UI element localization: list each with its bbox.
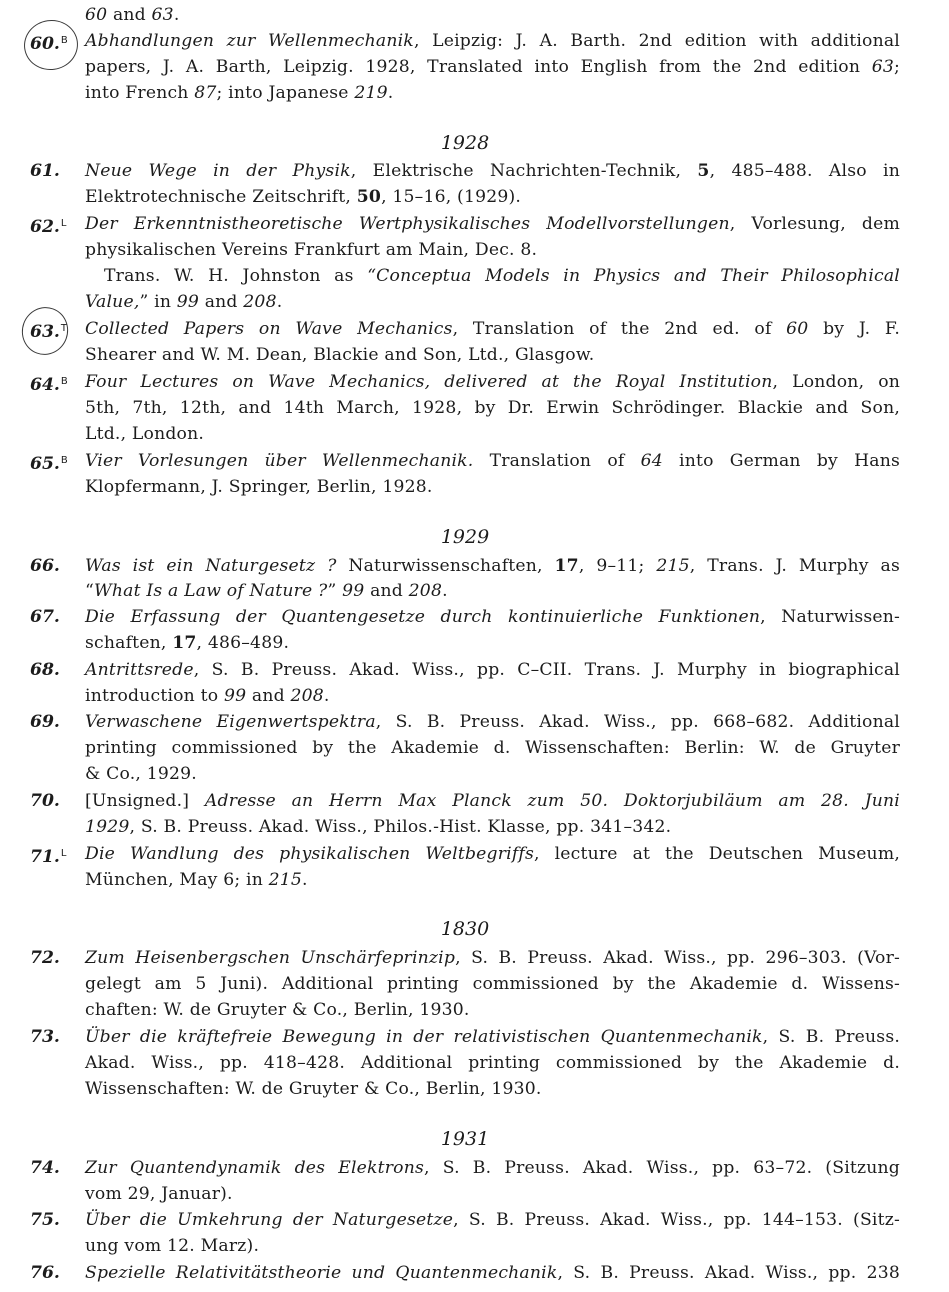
plain-text: .	[388, 83, 394, 103]
plain-text: .	[442, 581, 448, 601]
entry-number-label: 68.	[30, 660, 60, 680]
bold-volume: 17	[555, 556, 579, 576]
entry-text-line: physikalischen Vereins Frankfurt am Main…	[85, 237, 900, 263]
italic-text: 219	[354, 83, 387, 103]
year-heading: 1931	[0, 1126, 930, 1152]
entry-type-mark: L	[61, 218, 67, 229]
plain-text: , S. B. Preuss. Akad. Wiss., Philos.-His…	[130, 817, 672, 837]
entry-type-mark: T	[61, 323, 67, 334]
entry-text-line: introduction to 99 and 208.	[85, 683, 900, 709]
entry-text-line: Elektrotechnische Zeitschrift, 50, 15–16…	[85, 184, 900, 210]
plain-text: .	[174, 5, 180, 25]
italic-text: 208	[290, 686, 323, 706]
entry-text-line: into French 87; into Japanese 219.	[85, 80, 900, 106]
plain-text: , Elektrische Nachrichten-Technik,	[351, 161, 698, 181]
entry-text-line: & Co., 1929.	[85, 761, 900, 787]
plain-text: , S. B. Preuss.	[763, 1027, 900, 1047]
entry-number-label: 75.	[30, 1210, 60, 1230]
entry-text-line: chaften: W. de Gruyter & Co., Berlin, 19…	[85, 997, 900, 1023]
entry-number: 61.	[30, 158, 60, 184]
entry-text-line: Four Lectures on Wave Mechanics, deliver…	[85, 369, 900, 395]
italic-text: 99	[342, 581, 364, 601]
plain-text: chaften: W. de Gruyter & Co., Berlin, 19…	[85, 1000, 470, 1020]
year-heading: 1929	[0, 524, 930, 550]
plain-text: by J. F.	[808, 319, 900, 339]
plain-text: 5th, 7th, 12th, and 14th March, 1928, by…	[85, 398, 900, 418]
plain-text: München, May 6; in	[85, 870, 269, 890]
plain-text: [Unsigned.]	[85, 791, 205, 811]
plain-text: Shearer and W. M. Dean, Blackie and Son,…	[85, 345, 594, 365]
plain-text: , 15–16, (1929).	[381, 187, 521, 207]
entry-text-line: 60 and 63.	[85, 2, 900, 28]
plain-text: Klopfermann, J. Springer, Berlin, 1928.	[85, 477, 433, 497]
italic-text: 87	[194, 83, 216, 103]
plain-text: ”	[327, 581, 342, 601]
italic-text: Zur Quantendynamik des Elektrons	[85, 1158, 424, 1178]
entry-text-line: Zur Quantendynamik des Elektrons, S. B. …	[85, 1155, 900, 1181]
plain-text: into French	[85, 83, 194, 103]
entry-number: 74.	[30, 1155, 60, 1181]
plain-text: , Leipzig: J. A. Barth. 2nd edition with…	[414, 31, 900, 51]
plain-text: papers, J. A. Barth, Leipzig. 1928, Tran…	[85, 57, 872, 77]
entry-text-line: Was ist ein Naturgesetz ? Naturwissensch…	[85, 553, 900, 579]
plain-text: Trans. W. H. Johnston as	[104, 266, 367, 286]
entry-type-mark: L	[61, 848, 67, 859]
italic-text: Value,	[85, 292, 139, 312]
entry-text-line: papers, J. A. Barth, Leipzig. 1928, Tran…	[85, 54, 900, 80]
plain-text: Wissenschaften: W. de Gruyter & Co., Ber…	[85, 1079, 542, 1099]
entry-number: 73.	[30, 1024, 60, 1050]
plain-text: physikalischen Vereins Frankfurt am Main…	[85, 240, 537, 260]
plain-text: schaften,	[85, 633, 172, 653]
entry-number: 60.B	[30, 28, 68, 57]
entry-text-line: Über die kräftefreie Bewegung in der rel…	[85, 1024, 900, 1050]
entry-text-line: Akad. Wiss., pp. 418–428. Additional pri…	[85, 1050, 900, 1076]
entry-text-line: schaften, 17, 486–489.	[85, 630, 900, 656]
entry-number: 69.	[30, 709, 60, 735]
plain-text: , S. B. Preuss. Akad. Wiss., pp. 144–153…	[453, 1210, 900, 1230]
entry-number-label: 62.	[30, 217, 60, 237]
italic-text: Four Lectures on Wave Mechanics, deliver…	[85, 372, 773, 392]
entry-number: 65.B	[30, 448, 68, 477]
entry-number: 76.	[30, 1260, 60, 1286]
entry-text-line: Vier Vorlesungen über Wellenmechanik. Tr…	[85, 448, 900, 474]
entry-number-label: 64.	[30, 375, 60, 395]
italic-text: Der Erkenntnistheoretische Wertphysikali…	[85, 214, 730, 234]
plain-text: , lecture at the Deutschen Museum,	[534, 844, 900, 864]
entry-text-line: Ltd., London.	[85, 421, 900, 447]
italic-text: 215	[269, 870, 302, 890]
plain-text: Akad. Wiss., pp. 418–428. Additional pri…	[85, 1053, 900, 1073]
italic-text: Zum Heisenbergschen Unschärfeprinzip	[85, 948, 455, 968]
entry-number-label: 67.	[30, 607, 60, 627]
plain-text: , 485–488. Also in	[710, 161, 900, 181]
plain-text: Ltd., London.	[85, 424, 204, 444]
entry-text-line: Abhandlungen zur Wellenmechanik, Leipzig…	[85, 28, 900, 54]
italic-text: Die Wandlung des physikalischen Weltbegr…	[85, 844, 534, 864]
entry-number: 67.	[30, 604, 60, 630]
italic-text: Antrittsrede	[85, 660, 194, 680]
entry-number-label: 60.	[30, 34, 60, 54]
plain-text: , S. B. Preuss. Akad. Wiss., pp. 63–72. …	[424, 1158, 900, 1178]
bibliography-page: 1928192918301931 60.B61.62.L63.T64.B65.B…	[0, 0, 949, 1292]
entry-number-label: 69.	[30, 712, 60, 732]
italic-text: 1929	[85, 817, 130, 837]
italic-text: 99	[177, 292, 199, 312]
italic-text: Über die kräftefreie Bewegung in der rel…	[85, 1027, 763, 1047]
italic-text: 60	[786, 319, 808, 339]
entry-text-line: Trans. W. H. Johnston as “Conceptua Mode…	[104, 263, 900, 289]
plain-text: Elektrotechnische Zeitschrift,	[85, 187, 357, 207]
plain-text: , 9–11;	[579, 556, 657, 576]
italic-text: 64	[641, 451, 663, 471]
plain-text: ung vom 12. Marz).	[85, 1236, 259, 1256]
entry-text-line: gelegt am 5 Juni). Additional printing c…	[85, 971, 900, 997]
entry-text-line: Klopfermann, J. Springer, Berlin, 1928.	[85, 474, 900, 500]
entry-number-label: 74.	[30, 1158, 60, 1178]
bold-volume: 50	[357, 187, 381, 207]
italic-text: “Conceptua Models in Physics and Their P…	[367, 266, 900, 286]
plain-text: , Trans. J. Murphy as	[690, 556, 900, 576]
plain-text: and	[364, 581, 408, 601]
italic-text: What Is a Law of Nature ?	[94, 581, 327, 601]
entry-text-line: Antrittsrede, S. B. Preuss. Akad. Wiss.,…	[85, 657, 900, 683]
plain-text: printing commissioned by the Akademie d.…	[85, 738, 900, 758]
italic-text: Spezielle Relativitätstheorie und Quante…	[85, 1263, 557, 1283]
entry-text-line: Spezielle Relativitätstheorie und Quante…	[85, 1260, 900, 1286]
entry-number: 63.T	[30, 316, 67, 345]
plain-text: , Naturwissen-	[760, 607, 900, 627]
entry-text-line: printing commissioned by the Akademie d.…	[85, 735, 900, 761]
entry-text-line: vom 29, Januar).	[85, 1181, 900, 1207]
entry-number: 70.	[30, 788, 60, 814]
plain-text: and	[246, 686, 290, 706]
italic-text: 63	[872, 57, 894, 77]
italic-text: Collected Papers on Wave Mechanics	[85, 319, 453, 339]
entry-number: 75.	[30, 1207, 60, 1233]
entry-number: 62.L	[30, 211, 66, 240]
entry-number: 72.	[30, 945, 60, 971]
plain-text: .	[324, 686, 330, 706]
year-heading: 1830	[0, 916, 930, 942]
entry-text-line: “What Is a Law of Nature ?” 99 and 208.	[85, 578, 900, 604]
plain-text: and	[107, 5, 151, 25]
entry-text-line: Der Erkenntnistheoretische Wertphysikali…	[85, 211, 900, 237]
entry-text-line: Verwaschene Eigenwertspektra, S. B. Preu…	[85, 709, 900, 735]
entry-number: 68.	[30, 657, 60, 683]
plain-text: .	[277, 292, 283, 312]
italic-text: Was ist ein Naturgesetz ?	[85, 556, 337, 576]
entry-number-label: 71.	[30, 847, 60, 867]
italic-text: 208	[243, 292, 276, 312]
italic-text: 99	[224, 686, 246, 706]
entry-text-line: Shearer and W. M. Dean, Blackie and Son,…	[85, 342, 900, 368]
entry-number-label: 63.	[30, 322, 60, 342]
plain-text: , 486–489.	[197, 633, 290, 653]
entry-text-line: Wissenschaften: W. de Gruyter & Co., Ber…	[85, 1076, 900, 1102]
entry-number: 71.L	[30, 841, 66, 870]
entry-text-line: 5th, 7th, 12th, and 14th March, 1928, by…	[85, 395, 900, 421]
entry-number: 64.B	[30, 369, 68, 398]
entry-number-label: 73.	[30, 1027, 60, 1047]
italic-text: Verwaschene Eigenwertspektra	[85, 712, 376, 732]
plain-text: into German by Hans	[663, 451, 900, 471]
italic-text: Über die Umkehrung der Naturgesetze	[85, 1210, 453, 1230]
entry-text-line: München, May 6; in 215.	[85, 867, 900, 893]
plain-text: gelegt am 5 Juni). Additional printing c…	[85, 974, 900, 994]
entry-text-line: Neue Wege in der Physik, Elektrische Nac…	[85, 158, 900, 184]
plain-text: , Translation of the 2nd ed. of	[453, 319, 787, 339]
bold-volume: 17	[172, 633, 196, 653]
italic-text: 215	[656, 556, 689, 576]
entry-number-label: 70.	[30, 791, 60, 811]
entry-type-mark: B	[61, 35, 68, 46]
italic-text: Abhandlungen zur Wellenmechanik	[85, 31, 414, 51]
plain-text: , S. B. Preuss. Akad. Wiss., pp. 238	[557, 1263, 900, 1283]
italic-text: Neue Wege in der Physik	[85, 161, 351, 181]
italic-text: 208	[409, 581, 442, 601]
plain-text: Translation of	[473, 451, 640, 471]
plain-text: .	[302, 870, 308, 890]
entry-number-label: 72.	[30, 948, 60, 968]
plain-text: ; into Japanese	[217, 83, 355, 103]
italic-text: 60	[85, 5, 107, 25]
plain-text: , London, on	[773, 372, 901, 392]
plain-text: “	[85, 581, 94, 601]
entry-text-line: Zum Heisenbergschen Unschärfeprinzip, S.…	[85, 945, 900, 971]
entry-text-line: 1929, S. B. Preuss. Akad. Wiss., Philos.…	[85, 814, 900, 840]
entry-number-label: 66.	[30, 556, 60, 576]
italic-text: Adresse an Herrn Max Planck zum 50. Dokt…	[205, 791, 900, 811]
plain-text: Naturwissenschaften,	[337, 556, 555, 576]
plain-text: , S. B. Preuss. Akad. Wiss., pp. 296–303…	[455, 948, 900, 968]
entry-text-line: Die Erfassung der Quantengesetze durch k…	[85, 604, 900, 630]
italic-text: 63	[152, 5, 174, 25]
plain-text: ” in	[139, 292, 176, 312]
entry-type-mark: B	[61, 455, 68, 466]
entry-text-line: ung vom 12. Marz).	[85, 1233, 900, 1259]
plain-text: ;	[894, 57, 900, 77]
plain-text: & Co., 1929.	[85, 764, 197, 784]
entry-text-line: [Unsigned.] Adresse an Herrn Max Planck …	[85, 788, 900, 814]
entry-text-line: Value,” in 99 and 208.	[85, 289, 900, 315]
plain-text: , S. B. Preuss. Akad. Wiss., pp. C–CII. …	[194, 660, 900, 680]
bold-volume: 5	[697, 161, 709, 181]
entry-number-label: 61.	[30, 161, 60, 181]
entry-type-mark: B	[61, 376, 68, 387]
plain-text: and	[199, 292, 243, 312]
entry-number-label: 65.	[30, 454, 60, 474]
italic-text: Vier Vorlesungen über Wellenmechanik.	[85, 451, 473, 471]
entry-text-line: Über die Umkehrung der Naturgesetze, S. …	[85, 1207, 900, 1233]
entry-text-line: Die Wandlung des physikalischen Weltbegr…	[85, 841, 900, 867]
entry-number: 66.	[30, 553, 60, 579]
plain-text: , S. B. Preuss. Akad. Wiss., pp. 668–682…	[376, 712, 900, 732]
entry-text-line: Collected Papers on Wave Mechanics, Tran…	[85, 316, 900, 342]
italic-text: Die Erfassung der Quantengesetze durch k…	[85, 607, 760, 627]
year-heading: 1928	[0, 130, 930, 156]
entry-number-label: 76.	[30, 1263, 60, 1283]
plain-text: , Vorlesung, dem	[730, 214, 900, 234]
plain-text: vom 29, Januar).	[85, 1184, 233, 1204]
plain-text: introduction to	[85, 686, 224, 706]
